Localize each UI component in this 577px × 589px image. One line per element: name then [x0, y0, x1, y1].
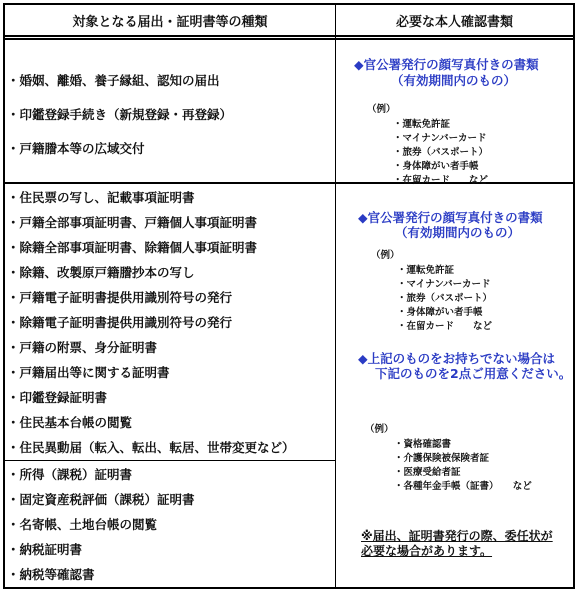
section1-example: ・マイナンバーカード	[393, 130, 486, 144]
header-divider-top	[5, 35, 573, 37]
section2-example-label: （例）	[371, 247, 400, 261]
section1-example: ・身体障がい者手帳	[393, 158, 479, 172]
column-divider	[335, 5, 336, 587]
id-documents-table: 対象となる届出・証明書等の種類 必要な本人確認書類 ・婚姻、離婚、養子縁組、認知…	[3, 3, 575, 589]
section2-item: ・戸籍届出等に関する証明書	[7, 363, 170, 381]
section2-item: ・住民票の写し、記載事項証明書	[7, 188, 195, 206]
section1-item: ・印鑑登録手続き（新規登録・再登録）	[7, 105, 232, 123]
section2-item: ・除籍全部事項証明書、除籍個人事項証明書	[7, 238, 257, 256]
section2-example: ・運転免許証	[397, 262, 454, 276]
section1-item: ・戸籍謄本等の広域交付	[7, 139, 145, 157]
section2-item: ・除籍、改製原戸籍謄抄本の写し	[7, 263, 195, 281]
section2-alt-example: ・資格確認書	[394, 436, 451, 450]
header-right: 必要な本人確認書類	[336, 5, 573, 35]
header-left: 対象となる届出・証明書等の種類	[5, 5, 335, 35]
section2-alt-subtitle: 下記のものを2点ご用意ください。	[375, 364, 571, 382]
section2-item: ・戸籍の附票、身分証明書	[7, 338, 157, 356]
section2-tax-item: ・名寄帳、土地台帳の閲覧	[7, 515, 157, 533]
section1-example: ・在留カード など	[393, 172, 488, 186]
section2-item: ・戸籍全部事項証明書、戸籍個人事項証明書	[7, 213, 257, 231]
section1-example: ・運転免許証	[393, 116, 450, 130]
section1-required-subtitle: （有効期間内のもの）	[391, 71, 516, 89]
section2-tax-item: ・固定資産税評価（課税）証明書	[7, 490, 195, 508]
section2-tax-item: ・納税証明書	[7, 540, 82, 558]
section2-example: ・在留カード など	[397, 318, 492, 332]
section2-example: ・旅券（パスポート）	[397, 290, 492, 304]
section2-alt-example: ・医療受給者証	[394, 464, 461, 478]
section2-example: ・マイナンバーカード	[397, 276, 490, 290]
section2-item: ・除籍電子証明書提供用識別符号の発行	[7, 313, 232, 331]
section2-alt-example-label: （例）	[365, 421, 394, 435]
proxy-note-line2: 必要な場合があります。	[361, 542, 492, 559]
section1-example: ・旅券（パスポート）	[393, 144, 488, 158]
section2-required-subtitle: （有効期間内のもの）	[395, 223, 520, 241]
group-divider	[5, 460, 335, 461]
section2-item: ・印鑑登録証明書	[7, 388, 107, 406]
section2-item: ・住民異動届（転入、転出、転居、世帯変更など）	[7, 438, 295, 456]
section2-example: ・身体障がい者手帳	[397, 304, 483, 318]
section2-tax-item: ・納税等確認書	[7, 565, 95, 583]
header-divider-bottom	[5, 38, 573, 40]
section1-item: ・婚姻、離婚、養子縁組、認知の届出	[7, 71, 220, 89]
section1-example-label: （例）	[367, 101, 396, 115]
section2-item: ・戸籍電子証明書提供用識別符号の発行	[7, 288, 232, 306]
section2-tax-item: ・所得（課税）証明書	[7, 465, 132, 483]
section2-alt-example: ・介護保険被保険者証	[394, 450, 489, 464]
section2-alt-example: ・各種年金手帳（証書） など	[394, 478, 532, 492]
section2-item: ・住民基本台帳の閲覧	[7, 413, 132, 431]
